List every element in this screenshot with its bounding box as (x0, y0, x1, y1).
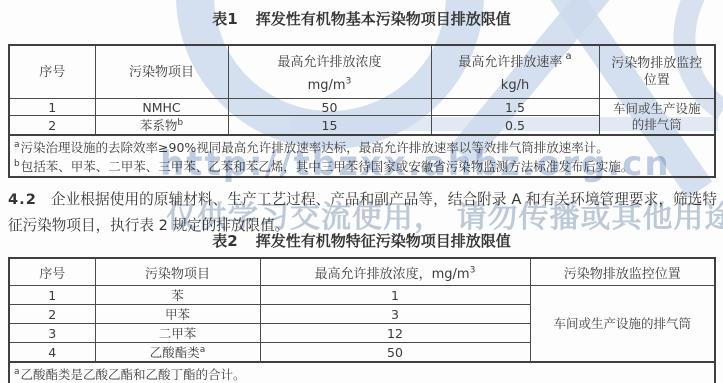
cell-no: 1 (9, 286, 95, 305)
table2-title: 表2挥发性有机物特征污染物项目排放限值 (0, 230, 723, 251)
cell-concentration: 50 (260, 343, 530, 363)
cell-pollutant: 苯 (95, 286, 260, 305)
cell-no: 4 (9, 343, 95, 363)
table2-title-number: 表2 (212, 232, 237, 250)
table2-header-no: 序号 (9, 258, 95, 286)
cell-pollutant: NMHC (95, 99, 228, 116)
cell-no: 2 (9, 305, 95, 324)
cell-pollutant: 苯系物b (95, 116, 228, 136)
table1-footnote-b: b包括苯、甲苯、二甲苯、三甲苯、乙苯和苯乙烯，其中三甲苯待国家或安徽省污染物监测… (14, 156, 710, 175)
table1-title-text: 挥发性有机物基本污染物项目排放限值 (256, 10, 511, 28)
cell-no: 3 (9, 324, 95, 343)
table1-footnote-a: a污染治理设施的去除效率≥90%视同最高允许排放速率达标，最高允许排放速率以等效… (14, 137, 710, 156)
clause-number: 4.2 (8, 191, 37, 208)
document-page: 表1挥发性有机物基本污染物项目排放限值 序号 污染物项目 最高允许排放浓度 mg… (0, 0, 723, 383)
table1-header-row: 序号 污染物项目 最高允许排放浓度 mg/m3 最高允许排放速率a kg/h 污… (9, 45, 715, 99)
table1-header-rate: 最高允许排放速率a kg/h (431, 45, 599, 99)
cell-no: 2 (9, 116, 95, 136)
table2: 序号 污染物项目 最高允许排放浓度，mg/m3 污染物排放监控位置 1 苯 1 … (8, 257, 716, 383)
table1-footnotes: a污染治理设施的去除效率≥90%视同最高允许排放速率达标，最高允许排放速率以等效… (9, 135, 715, 177)
table1-header-pollutant: 污染物项目 (95, 45, 228, 99)
table1-header-position: 污染物排放监控 位置 (599, 45, 715, 99)
cell-concentration: 3 (260, 305, 530, 324)
table2-footnote-row: a乙酸酯类是乙酸乙酯和乙酸丁酯的合计。 (9, 362, 715, 383)
table1-header-concentration: 最高允许排放浓度 mg/m3 (228, 45, 431, 99)
table2-header-position: 污染物排放监控位置 (530, 258, 715, 286)
cell-monitor-position: 车间或生产设施 的排气筒 (599, 99, 715, 136)
cell-rate: 1.5 (431, 99, 599, 116)
cell-monitor-position: 车间或生产设施的排气筒 (530, 286, 715, 363)
cell-pollutant: 乙酸酯类a (95, 343, 260, 363)
table2-header-pollutant: 污染物项目 (95, 258, 260, 286)
cell-concentration: 15 (228, 116, 431, 136)
table2-row-1: 1 苯 1 车间或生产设施的排气筒 (9, 286, 715, 305)
cell-concentration: 50 (228, 99, 431, 116)
cell-no: 1 (9, 99, 95, 116)
table2-header-row: 序号 污染物项目 最高允许排放浓度，mg/m3 污染物排放监控位置 (9, 258, 715, 286)
table1-title: 表1挥发性有机物基本污染物项目排放限值 (0, 8, 723, 29)
table1-row-1: 1 NMHC 50 1.5 车间或生产设施 的排气筒 (9, 99, 715, 116)
cell-pollutant: 二甲苯 (95, 324, 260, 343)
cell-pollutant: 甲苯 (95, 305, 260, 324)
cell-rate: 0.5 (431, 116, 599, 136)
cell-concentration: 12 (260, 324, 530, 343)
table1: 序号 污染物项目 最高允许排放浓度 mg/m3 最高允许排放速率a kg/h 污… (8, 44, 716, 178)
table1-header-no: 序号 (9, 45, 95, 99)
table2-title-text: 挥发性有机物特征污染物项目排放限值 (256, 232, 511, 250)
table1-title-number: 表1 (212, 10, 237, 28)
clause-text: 企业根据使用的原辅材料、生产工艺过程、产品和副产品等，结合附录 A 和有关环境管… (8, 191, 717, 234)
table2-footnote-a: a乙酸酯类是乙酸乙酯和乙酸丁酯的合计。 (14, 364, 710, 383)
cell-concentration: 1 (260, 286, 530, 305)
table2-header-concentration: 最高允许排放浓度，mg/m3 (260, 258, 530, 286)
